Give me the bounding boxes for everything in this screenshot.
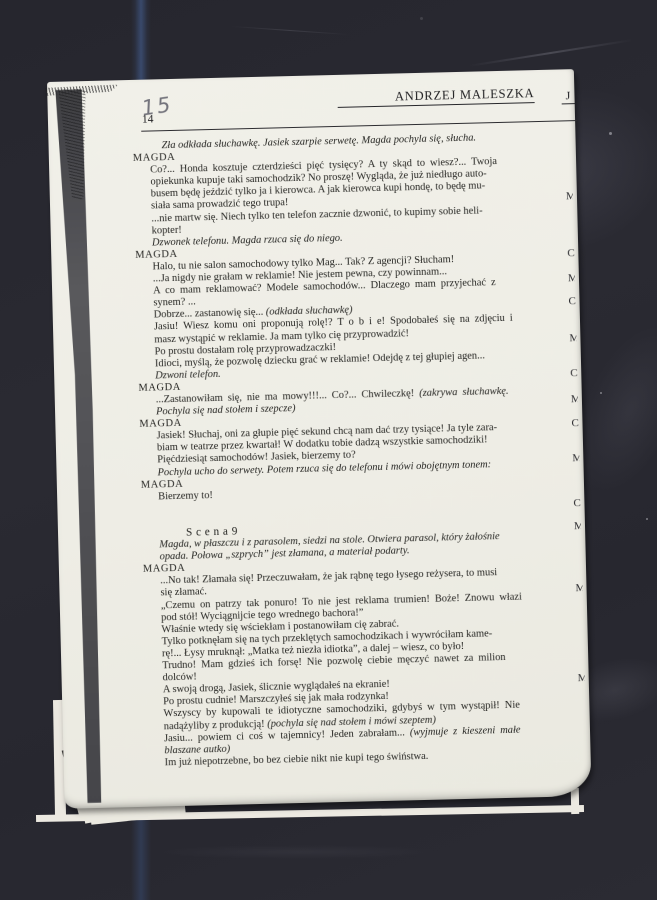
- dialogue-text: MAGDA: [138, 382, 181, 394]
- dialogue-text: MAGDA: [139, 418, 182, 430]
- adjacent-page-letter-fragment: M: [574, 520, 581, 532]
- page-number-rule: [141, 120, 577, 132]
- adjacent-page-letter-fragment: M: [572, 452, 579, 464]
- adjacent-page-letter-fragment: C: [570, 367, 577, 379]
- stage-direction-text: blaszane autko): [164, 743, 230, 756]
- adjacent-page-glyph-column: MCMCMCMCMCMMM: [47, 69, 574, 82]
- scan-speck: [646, 518, 648, 520]
- adjacent-page-letter-fragment: M: [575, 582, 582, 594]
- scan-scratch: [469, 39, 632, 67]
- adjacent-page-letter-fragment: C: [573, 497, 580, 509]
- script-text-block: Zła odkłada słuchawkę. Jasiek szarpie se…: [48, 130, 586, 771]
- scan-smudge: [160, 845, 440, 859]
- stage-direction-text: (wyjmuje z kieszeni małe: [410, 724, 521, 738]
- dialogue-text: dolców!: [162, 672, 196, 684]
- scan-speck: [609, 132, 612, 135]
- adjacent-page-letter-fragment: M: [566, 190, 573, 202]
- running-header: ANDRZEJ MALESZKA: [337, 86, 534, 108]
- adjacent-page-letter-fragment: M: [568, 272, 575, 284]
- page-number: 14: [142, 113, 154, 125]
- adjacent-page-letter-fragment: M: [569, 332, 576, 344]
- adjacent-page-letter-fragment: M: [571, 393, 578, 405]
- stage-direction-text: (zakrywa słuchawkę.: [419, 386, 509, 399]
- stage-direction-text: Dzwoni telefon.: [155, 369, 221, 382]
- adjacent-page-letter-fragment: C: [567, 247, 574, 259]
- scan-speck: [600, 392, 602, 394]
- dialogue-text: MAGDA: [143, 563, 186, 575]
- stage-direction-text: Pochyla się nad stołem i szepcze): [156, 403, 296, 417]
- dialogue-text: MAGDA: [133, 152, 176, 164]
- dialogue-text: Bierzemy to!: [158, 490, 213, 502]
- adjacent-page-letter-fragment: C: [568, 295, 575, 307]
- dialogue-text: MAGDA: [135, 249, 178, 261]
- dialogue-text: MAGDA: [141, 478, 184, 490]
- dialogue-text: synem? ...: [153, 297, 196, 309]
- stage-direction-text: (odkłada słuchawkę): [266, 305, 353, 318]
- photocopy-paper-edge-right: [571, 788, 579, 814]
- dialogue-text: się złamać.: [160, 587, 207, 599]
- scan-scratch: [230, 26, 350, 35]
- adjacent-page-letter-fragment: C: [571, 417, 578, 429]
- dialogue-text: kopter!: [152, 224, 182, 236]
- scan-speck: [420, 17, 423, 20]
- scanned-script-page: 15 ANDRZEJ MALESZKA J 14 Zła odkłada słu…: [0, 0, 657, 900]
- script-page: 15 ANDRZEJ MALESZKA J 14 Zła odkłada słu…: [47, 69, 592, 809]
- adjacent-page-letter: J: [561, 88, 574, 104]
- author-name: ANDRZEJ MALESZKA: [395, 86, 535, 103]
- adjacent-page-letter-fragment: M: [578, 672, 585, 684]
